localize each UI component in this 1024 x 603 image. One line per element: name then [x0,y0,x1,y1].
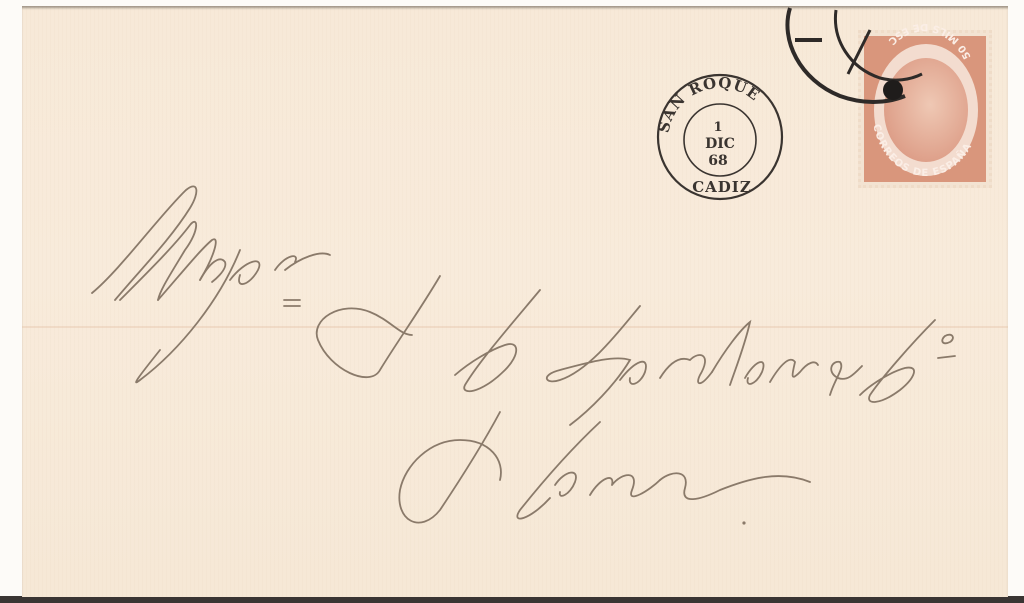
postmark-year: 68 [708,153,727,169]
postmark-month: DIC [705,136,735,152]
cancellation-mark [787,8,922,102]
ink-layer: CORREOS DE ESPAÑA 50 MILS DE ESC SAN ROQ… [0,0,1024,603]
postmark: SAN ROQUE 1 DIC 68 CADIZ [654,74,782,199]
svg-text:SAN ROQUE: SAN ROQUE [654,74,763,135]
postmark-province: CADIZ [692,178,752,196]
handwritten-address [92,186,955,524]
svg-text:50 MILS DE ESC: 50 MILS DE ESC [885,21,973,61]
postmark-town: SAN ROQUE [654,74,763,135]
svg-text:CORREOS DE ESPAÑA: CORREOS DE ESPAÑA [870,123,974,179]
stamp-text-top: 50 MILS DE ESC [885,21,973,61]
postmark-day: 1 [713,120,722,135]
stamp-text-bottom: CORREOS DE ESPAÑA [870,123,974,179]
